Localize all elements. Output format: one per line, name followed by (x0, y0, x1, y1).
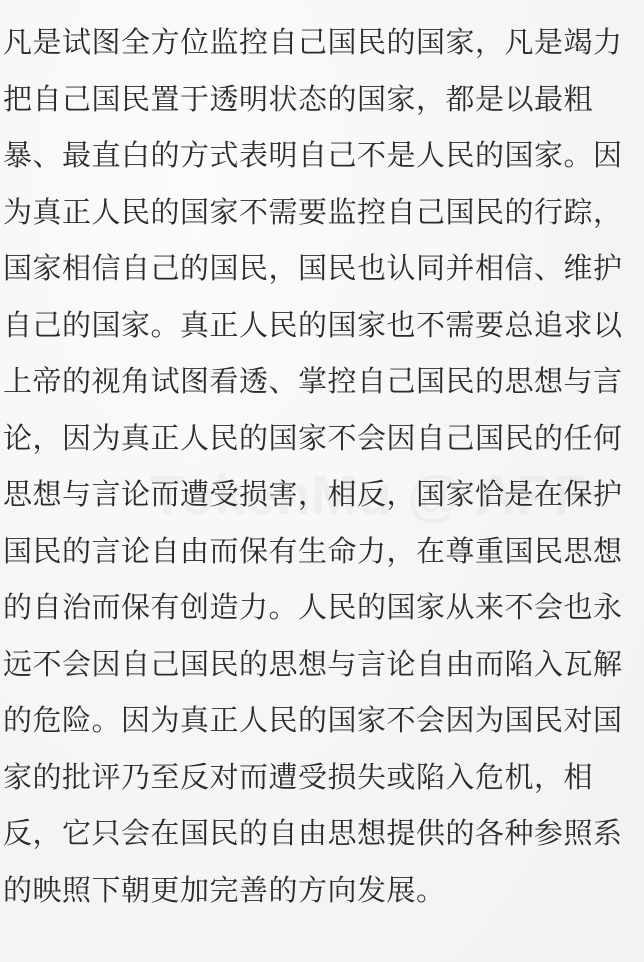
text-line: 自己的国家。真正人民的国家也不需要总追求以 (3, 297, 643, 354)
text-line: 论，因为真正人民的国家不会因自己国民的任何 (3, 410, 643, 467)
article-text: 凡是试图全方位监控自己国民的国家，凡是竭力 把自己国民置于透明状态的国家，都是以… (3, 14, 643, 918)
text-line: 上帝的视角试图看透、掌控自己国民的思想与言 (3, 353, 643, 410)
text-line: 把自己国民置于透明状态的国家，都是以最粗 (3, 71, 643, 128)
text-line: 国家相信自己的国民，国民也认同并相信、维护 (3, 240, 643, 297)
text-line: 的映照下朝更加完善的方向发展。 (3, 862, 643, 919)
text-line: 为真正人民的国家不需要监控自己国民的行踪， (3, 184, 643, 241)
text-line: 远不会因自己国民的思想与言论自由而陷入瓦解 (3, 636, 643, 693)
text-line: 国民的言论自由而保有生命力，在尊重国民思想 (3, 523, 643, 580)
text-line: 的危险。因为真正人民的国家不会因为国民对国 (3, 692, 643, 749)
text-line: 反，它只会在国民的自由思想提供的各种参照系 (3, 805, 643, 862)
text-line: 的自治而保有创造力。人民的国家从来不会也永 (3, 579, 643, 636)
text-line: 思想与言论而遭受损害，相反，国家恰是在保护 (3, 466, 643, 523)
text-line: 家的批评乃至反对而遭受损失或陷入危机，相 (3, 749, 643, 806)
text-line: 凡是试图全方位监控自己国民的国家，凡是竭力 (3, 14, 643, 71)
text-line: 暴、最直白的方式表明自己不是人民的国家。因 (3, 127, 643, 184)
